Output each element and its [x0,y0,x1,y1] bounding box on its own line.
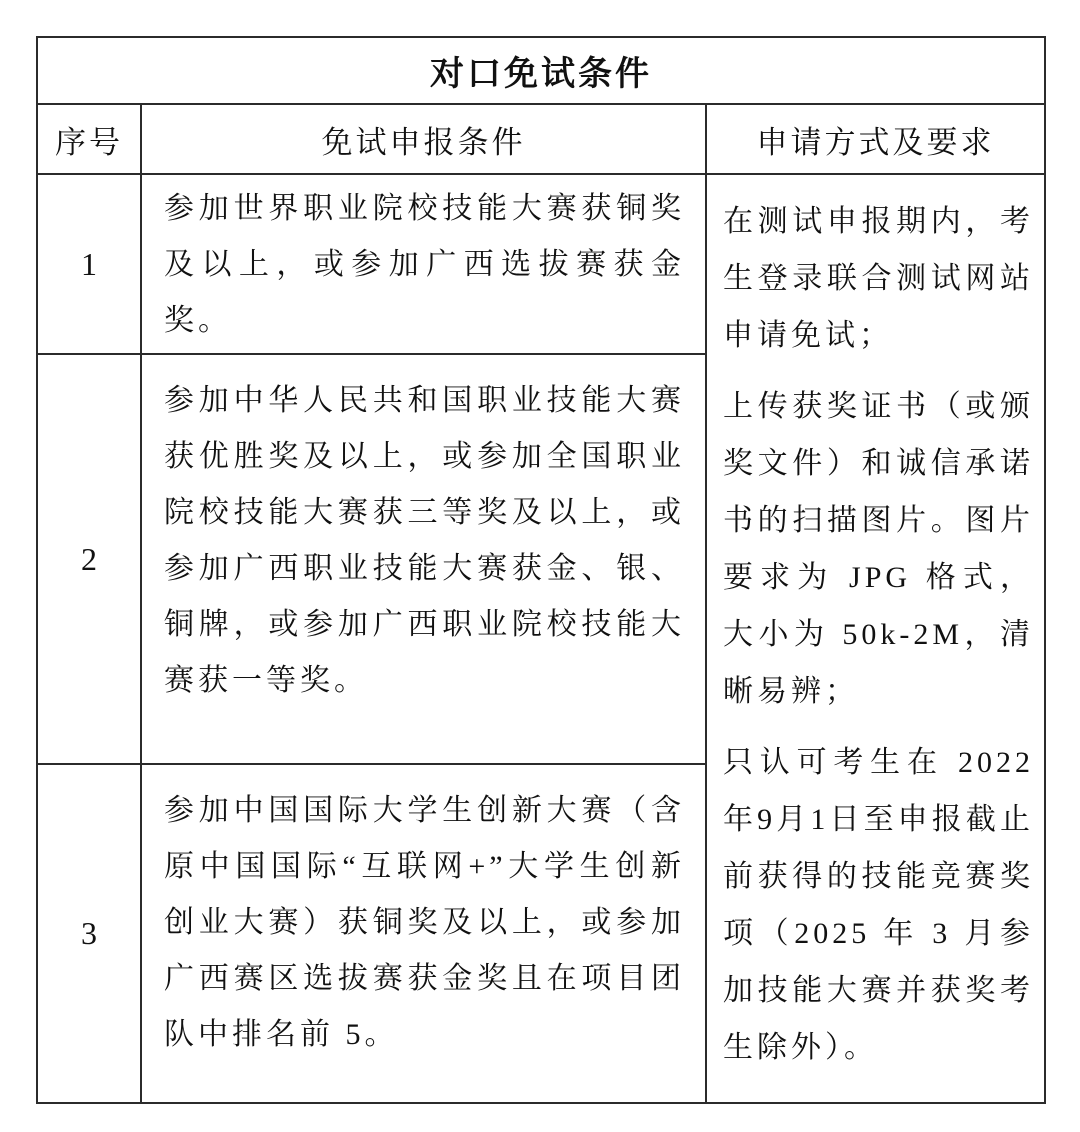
table-header-row: 序号 免试申报条件 申请方式及要求 [37,104,1045,174]
row-number: 1 [37,174,141,354]
column-header-method: 申请方式及要求 [706,104,1045,174]
row-condition-text: 参加中国国际大学生创新大赛（含原中国国际“互联网+”大学生创新创业大赛）获铜奖及… [141,764,706,1103]
method-paragraph: 只认可考生在 2022 年9月1日至申报截止前获得的技能竞赛奖项（2025 年 … [723,734,1034,1076]
method-paragraph: 上传获奖证书（或颁奖文件）和诚信承诺书的扫描图片。图片要求为 JPG 格式，大小… [723,378,1034,720]
row-condition-text: 参加世界职业院校技能大赛获铜奖及以上，或参加广西选拔赛获金奖。 [141,174,706,354]
method-paragraph: 在测试申报期内，考生登录联合测试网站申请免试； [723,193,1034,364]
row-condition-text: 参加中华人民共和国职业技能大赛获优胜奖及以上，或参加全国职业院校技能大赛获三等奖… [141,354,706,764]
table-title: 对口免试条件 [37,37,1045,104]
table-title-row: 对口免试条件 [37,37,1045,104]
column-header-condition: 免试申报条件 [141,104,706,174]
method-requirements-cell: 在测试申报期内，考生登录联合测试网站申请免试； 上传获奖证书（或颁奖文件）和诚信… [706,174,1045,1103]
column-header-no: 序号 [37,104,141,174]
table-row: 1 参加世界职业院校技能大赛获铜奖及以上，或参加广西选拔赛获金奖。 在测试申报期… [37,174,1045,354]
exemption-conditions-table: 对口免试条件 序号 免试申报条件 申请方式及要求 1 参加世界职业院校技能大赛获… [36,36,1046,1104]
row-number: 2 [37,354,141,764]
row-number: 3 [37,764,141,1103]
